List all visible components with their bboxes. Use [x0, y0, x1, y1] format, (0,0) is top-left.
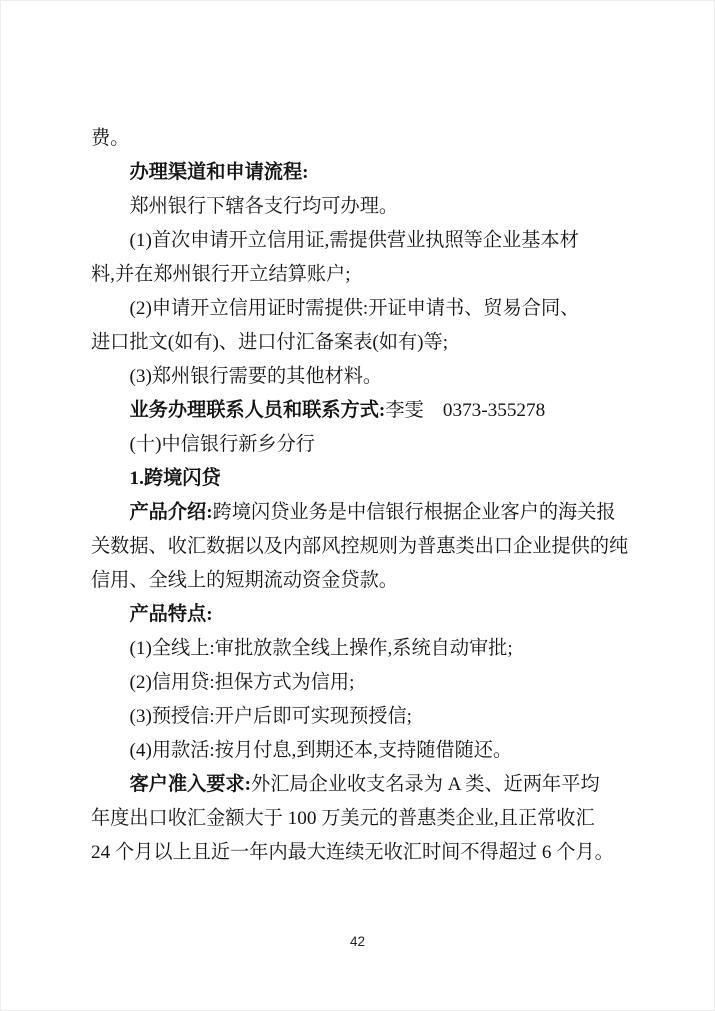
line-customer-requirements-continuation-1: 年度出口收汇金额大于 100 万美元的普惠类企业,且正常收汇 — [91, 802, 631, 836]
line-item-3-other-materials: (3)郑州银行需要的其他材料。 — [91, 360, 631, 394]
regular-text: 进口批文(如有)、进口付汇备案表(如有)等; — [91, 332, 448, 353]
bold-text: 产品特点: — [130, 604, 213, 625]
line-feature-3-precredit: (3)预授信:开户后即可实现预授信; — [91, 700, 631, 734]
regular-text: (2)信用贷:担保方式为信用; — [130, 672, 355, 693]
regular-text: (3)预授信:开户后即可实现预授信; — [130, 706, 412, 727]
bold-text: 1.跨境闪贷 — [130, 468, 221, 489]
bold-text: 业务办理联系人员和联系方式: — [130, 400, 386, 421]
line-product-intro-continuation-2: 信用、全线上的短期流动资金贷款。 — [91, 564, 631, 598]
line-feature-4-flexible: (4)用款活:按月付息,到期还本,支持随借随还。 — [91, 734, 631, 768]
regular-text: (1)首次申请开立信用证,需提供营业执照等企业基本材 — [130, 230, 579, 251]
regular-text: 关数据、收汇数据以及内部风控规则为普惠类出口企业提供的纯 — [91, 536, 628, 557]
contact-name-phone: 李雯 0373-355278 — [385, 400, 545, 421]
regular-text: 跨境闪贷业务是中信银行根据企业客户的海关报 — [213, 502, 616, 523]
line-feature-2-credit: (2)信用贷:担保方式为信用; — [91, 666, 631, 700]
line-item-1-continuation: 料,并在郑州银行开立结算账户; — [91, 258, 631, 292]
heading-channels-and-process: 办理渠道和申请流程: — [91, 156, 631, 190]
regular-text: 信用、全线上的短期流动资金贷款。 — [91, 570, 398, 591]
regular-text: 郑州银行下辖各支行均可办理。 — [130, 196, 399, 217]
line-item-2-continuation: 进口批文(如有)、进口付汇备案表(如有)等; — [91, 326, 631, 360]
regular-text: 年度出口收汇金额大于 100 万美元的普惠类企业,且正常收汇 — [91, 808, 595, 829]
line-contact-info: 业务办理联系人员和联系方式:李雯 0373-355278 — [91, 394, 631, 428]
bold-text: 客户准入要求: — [130, 774, 252, 795]
line-product-intro: 产品介绍:跨境闪贷业务是中信银行根据企业客户的海关报 — [91, 496, 631, 530]
page-number: 42 — [1, 934, 714, 949]
regular-text: (1)全线上:审批放款全线上操作,系统自动审批; — [130, 638, 513, 659]
line-customer-requirements: 客户准入要求:外汇局企业收支名录为 A 类、近两年平均 — [91, 768, 631, 802]
bold-text: 办理渠道和申请流程: — [130, 162, 309, 183]
line-product-intro-continuation-1: 关数据、收汇数据以及内部风控规则为普惠类出口企业提供的纯 — [91, 530, 631, 564]
document-page: 费。 办理渠道和申请流程: 郑州银行下辖各支行均可办理。 (1)首次申请开立信用… — [0, 0, 715, 1011]
line-fee-continuation: 费。 — [91, 122, 631, 156]
heading-product-kuajing-shandai: 1.跨境闪贷 — [91, 462, 631, 496]
line-item-2-documents: (2)申请开立信用证时需提供:开证申请书、贸易合同、 — [91, 292, 631, 326]
regular-text: (4)用款活:按月付息,到期还本,支持随借随还。 — [130, 740, 513, 761]
heading-product-features: 产品特点: — [91, 598, 631, 632]
heading-citic-bank-xinxiang: (十)中信银行新乡分行 — [91, 428, 631, 462]
regular-text: 费。 — [91, 128, 129, 149]
regular-text: (十)中信银行新乡分行 — [130, 434, 315, 455]
bold-text: 产品介绍: — [130, 502, 213, 523]
regular-text: (3)郑州银行需要的其他材料。 — [130, 366, 383, 387]
regular-text: 料,并在郑州银行开立结算账户; — [91, 264, 351, 285]
line-feature-1-online: (1)全线上:审批放款全线上操作,系统自动审批; — [91, 632, 631, 666]
regular-text: 外汇局企业收支名录为 A 类、近两年平均 — [251, 774, 600, 795]
regular-text: (2)申请开立信用证时需提供:开证申请书、贸易合同、 — [130, 298, 580, 319]
regular-text: 24 个月以上且近一年内最大连续无收汇时间不得超过 6 个月。 — [91, 842, 614, 863]
line-item-1-first-application: (1)首次申请开立信用证,需提供营业执照等企业基本材 — [91, 224, 631, 258]
line-zhengzhou-branches: 郑州银行下辖各支行均可办理。 — [91, 190, 631, 224]
line-customer-requirements-continuation-2: 24 个月以上且近一年内最大连续无收汇时间不得超过 6 个月。 — [91, 836, 631, 870]
document-body: 费。 办理渠道和申请流程: 郑州银行下辖各支行均可办理。 (1)首次申请开立信用… — [91, 122, 631, 870]
